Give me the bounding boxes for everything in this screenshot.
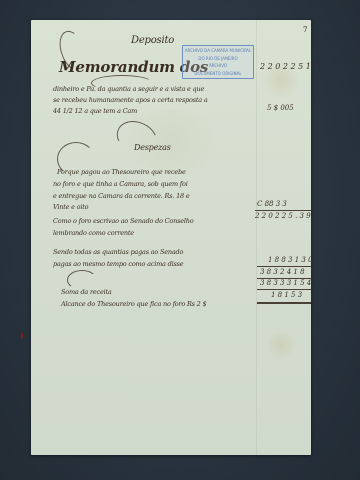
- text-line: 44 1/2 12 a que tem a Cam: [53, 107, 137, 115]
- manuscript-page: 7 Deposito Memorandum dos ARCHIVO DA CAM…: [31, 20, 311, 455]
- text-line: Vinte e oito: [53, 203, 88, 211]
- text-line: Soma da receita: [61, 288, 112, 296]
- amount: 3 8 3 2 4 1 8: [260, 268, 305, 276]
- amount: 1 8 8 3 1 3 0: [268, 256, 313, 264]
- sum-rule: [255, 210, 311, 211]
- page-number: 7: [303, 26, 307, 34]
- text-line: Alcance do Thesoureiro que fica no foro …: [61, 300, 206, 308]
- amount: 2 2 0 2 2 5 . 3 9: [255, 212, 311, 220]
- amount: 1 8 1 5 3: [271, 291, 302, 299]
- text-line: se recebeu humanamente apos a certa resp…: [53, 96, 208, 104]
- top-amount: 2 2 0 2 2 5 1 1: [260, 62, 319, 71]
- total-rule: [257, 302, 311, 304]
- document-header: Deposito: [131, 35, 174, 46]
- paper-stain: [266, 330, 296, 360]
- text-line: Porque pagou ao Thesoureiro que recebe: [57, 168, 186, 176]
- amount: 3 8 3 3 3 1 5 4: [260, 279, 311, 287]
- amount: C 88 3 3: [257, 200, 287, 208]
- spacer: [151, 60, 152, 61]
- text-line: lembrando como corrente: [53, 229, 134, 237]
- text-line: dinheiro e Pa. da quantia a seguir e a v…: [53, 85, 204, 93]
- sum-rule: [257, 266, 311, 267]
- text-line: e entregue na Camara da corrente. Rs. 18…: [53, 192, 189, 200]
- calligraphic-flourish: [67, 270, 97, 290]
- sum-rule: [257, 289, 311, 290]
- text-line: Sendo todas as quantias pagas ao Senado: [53, 248, 183, 256]
- archive-stamp: ARCHIVO DA CAMARA MUNICIPAL DO RIO DE JA…: [182, 45, 254, 79]
- amount: 5 $ 005: [267, 104, 294, 112]
- section-heading: Despezas: [134, 143, 171, 152]
- text-line: Como o foro escrivao ao Senado do Consel…: [53, 217, 193, 225]
- text-line: pagas ao mesmo tempo como acima disse: [53, 260, 183, 268]
- archive-marker: [21, 333, 23, 338]
- text-line: no foro e que tinha a Camara, sob quem f…: [53, 180, 188, 188]
